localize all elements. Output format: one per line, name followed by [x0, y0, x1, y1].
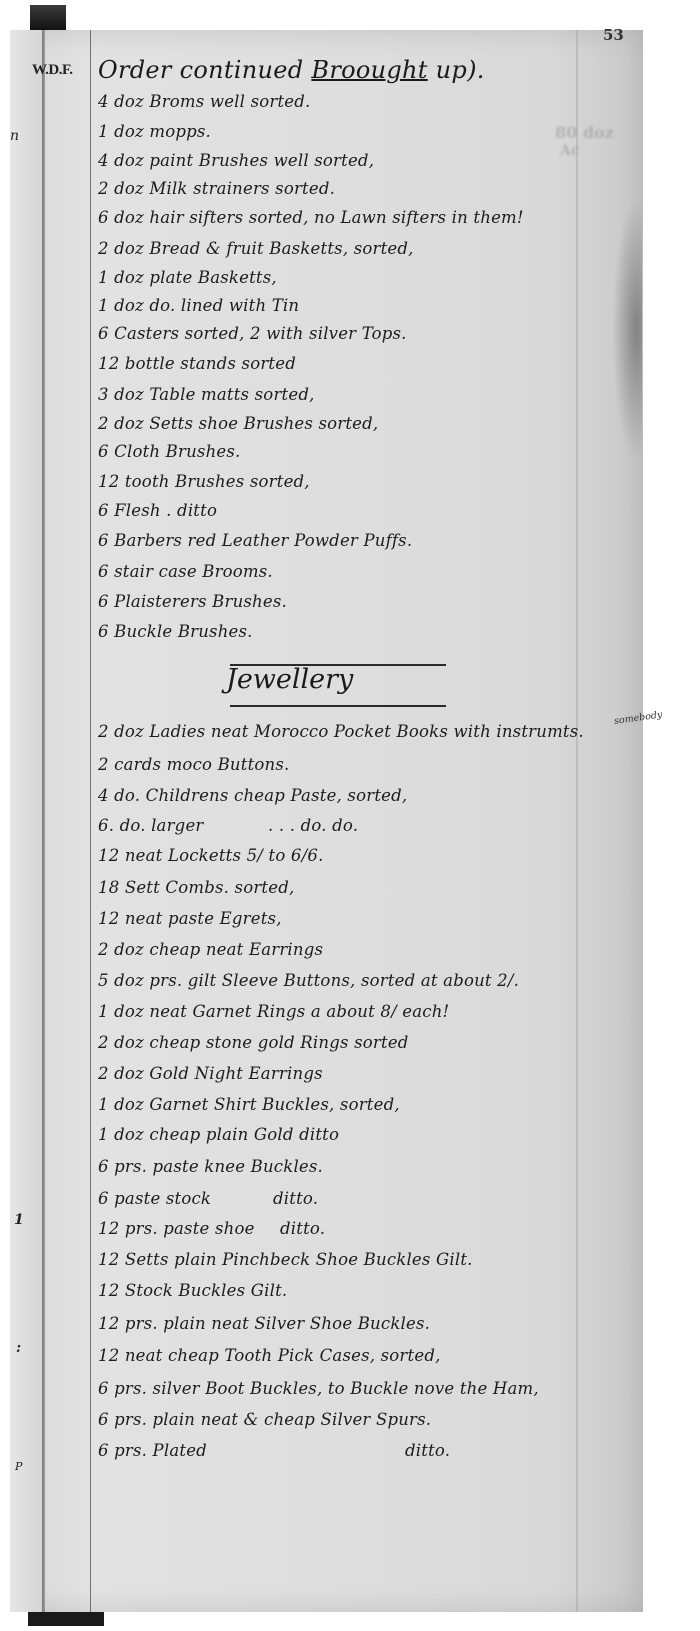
bleed-through-text-2: Ac — [560, 143, 579, 159]
list-item: 1 doz neat Garnet Rings a about 8/ each! — [98, 1002, 449, 1021]
list-item: 12 bottle stands sorted — [98, 354, 296, 373]
list-item: 2 doz cheap stone gold Rings sorted — [98, 1033, 409, 1052]
list-item: 2 doz Bread & fruit Basketts, sorted, — [98, 239, 414, 258]
section-title-jewellery: Jewellery — [226, 664, 353, 695]
heading-prefix: Order continued — [98, 56, 311, 84]
list-item: 6 stair case Brooms. — [98, 562, 273, 581]
ditto-marks: ditto. — [280, 1219, 325, 1238]
margin-rule — [90, 30, 91, 1612]
list-item: 6 Buckle Brushes. — [98, 622, 253, 641]
item-text: 6. do. larger — [98, 816, 204, 835]
item-text: 6 paste stock — [98, 1189, 211, 1208]
list-item: 6 prs. paste knee Buckles. — [98, 1157, 323, 1176]
list-item: 6 paste stock ditto. — [98, 1189, 211, 1208]
list-item: 1 doz do. lined with Tin — [98, 296, 299, 315]
binding-tab-bottom — [28, 1612, 104, 1626]
list-item: 6 Barbers red Leather Powder Puffs. — [98, 531, 412, 550]
list-item: 12 neat paste Egrets, — [98, 909, 282, 928]
list-item: 6 prs. Plated ditto. — [98, 1441, 207, 1460]
list-item: 1 doz plate Basketts, — [98, 268, 277, 287]
list-item: 18 Sett Combs. sorted, — [98, 878, 294, 897]
heading-suffix: up). — [428, 56, 485, 84]
list-item: 1 doz cheap plain Gold ditto — [98, 1125, 339, 1144]
list-item: 4 doz paint Brushes well sorted, — [98, 151, 374, 170]
edge-stain — [612, 200, 642, 460]
section-rule-bottom — [230, 705, 446, 707]
list-item: 12 prs. paste shoe ditto. — [98, 1219, 255, 1238]
binding-tab-top — [30, 5, 66, 31]
heading-underlined: Broought — [311, 56, 427, 84]
list-item: 6. do. larger . . . do. do. — [98, 816, 204, 835]
list-item: 6 Casters sorted, 2 with silver Tops. — [98, 324, 407, 343]
list-item: 12 Setts plain Pinchbeck Shoe Buckles Gi… — [98, 1250, 473, 1269]
list-item: 2 doz cheap neat Earrings — [98, 940, 323, 959]
list-item: 6 Flesh . ditto — [98, 501, 217, 520]
list-item: 12 tooth Brushes sorted, — [98, 472, 310, 491]
list-item: 12 neat Locketts 5/ to 6/6. — [98, 846, 324, 865]
right-column-rule — [576, 30, 578, 1612]
ditto-marks: ditto. — [405, 1441, 450, 1460]
ditto-marks: . . . do. do. — [268, 816, 358, 835]
list-item: 2 doz Ladies neat Morocco Pocket Books w… — [98, 722, 584, 741]
list-item: 12 neat cheap Tooth Pick Cases, sorted, — [98, 1346, 441, 1365]
list-item: 2 doz Setts shoe Brushes sorted, — [98, 414, 378, 433]
list-item: 2 doz Milk strainers sorted. — [98, 179, 335, 198]
margin-mark: n — [10, 128, 19, 144]
list-item: 6 doz hair sifters sorted, no Lawn sifte… — [98, 208, 524, 227]
list-item: 6 Cloth Brushes. — [98, 442, 241, 461]
list-item: 6 prs. silver Boot Buckles, to Buckle no… — [98, 1379, 539, 1398]
margin-mark: 1 — [14, 1212, 24, 1228]
list-item: 4 do. Childrens cheap Paste, sorted, — [98, 786, 407, 805]
page-number: 53 — [603, 26, 624, 44]
margin-mark: : — [16, 1340, 21, 1356]
clerk-initials: W.D.F. — [32, 62, 73, 79]
margin-mark: P — [15, 1460, 22, 1473]
list-item: 3 doz Table matts sorted, — [98, 385, 315, 404]
binding-strip — [10, 30, 43, 1612]
page-heading: Order continued Broought up). — [98, 56, 485, 84]
list-item: 2 cards moco Buttons. — [98, 755, 289, 774]
list-item: 4 doz Broms well sorted. — [98, 92, 310, 111]
list-item: 1 doz mopps. — [98, 122, 211, 141]
list-item: 6 prs. plain neat & cheap Silver Spurs. — [98, 1410, 431, 1429]
list-item: 6 Plaisterers Brushes. — [98, 592, 287, 611]
list-item: 12 Stock Buckles Gilt. — [98, 1281, 287, 1300]
binding-fold-line — [42, 30, 45, 1612]
list-item: 5 doz prs. gilt Sleeve Buttons, sorted a… — [98, 971, 519, 990]
item-text: 12 prs. paste shoe — [98, 1219, 255, 1238]
item-text: 6 prs. Plated — [98, 1441, 207, 1460]
list-item: 2 doz Gold Night Earrings — [98, 1064, 323, 1083]
bleed-through-text: 80 doz — [555, 123, 614, 142]
list-item: 1 doz Garnet Shirt Buckles, sorted, — [98, 1095, 400, 1114]
ditto-marks: ditto. — [273, 1189, 318, 1208]
list-item: 12 prs. plain neat Silver Shoe Buckles. — [98, 1314, 430, 1333]
